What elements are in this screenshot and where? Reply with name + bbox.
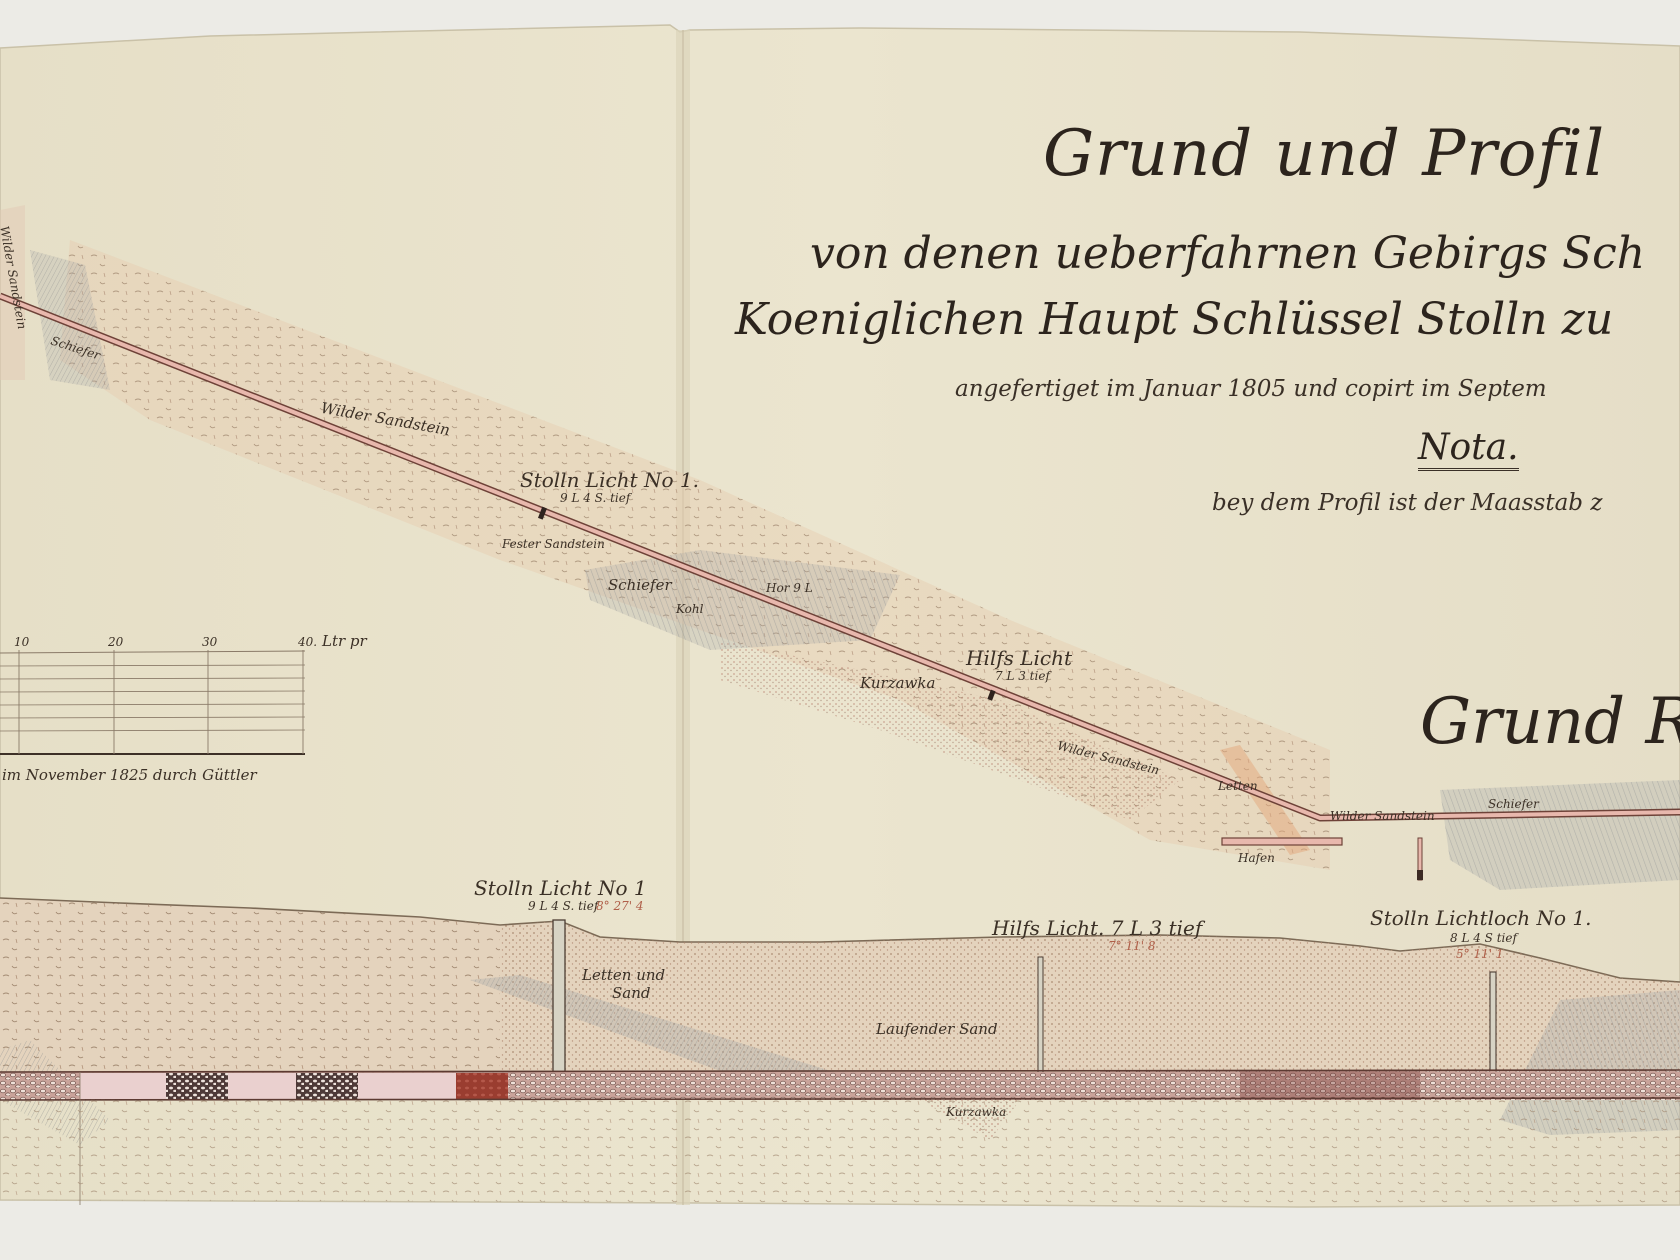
title-subline-1: von denen ueberfahrnen Gebirgs Sch: [810, 232, 1645, 276]
scale-tick-30: 30: [202, 636, 217, 648]
map-sheet: Grund und Profil von denen ueberfahrnen …: [0, 0, 1680, 1260]
profile-label-stolln-licht-1-angle: 8° 27' 4: [596, 900, 643, 912]
profile-label-lichtloch-angle: 5° 11' 1: [1456, 948, 1503, 960]
map-signature: im November 1825 durch Güttler: [2, 768, 257, 783]
profile-label-lichtloch-depth: 8 L 4 S tief: [1450, 932, 1517, 944]
profile-label-stolln-lichtloch: Stolln Lichtloch No 1.: [1370, 908, 1591, 928]
profile-label-sand: Sand: [612, 986, 650, 1001]
scale-tick-10: 10: [14, 636, 29, 648]
plan-label-hor: Hor 9 L: [766, 582, 813, 594]
plan-label-hilfs-licht-depth: 7 L 3 tief: [995, 670, 1050, 682]
profile-label-hilfs-licht-angle: 7° 11' 8: [1108, 940, 1155, 952]
plan-label-stolln-licht-1-depth: 9 L 4 S. tief: [560, 492, 630, 504]
grund-heading: Grund R: [1420, 690, 1680, 754]
plan-label-stolln-licht-1: Stolln Licht No 1.: [520, 470, 699, 490]
nota-text: bey dem Profil ist der Maasstab z: [1212, 492, 1602, 515]
scale-tick-20: 20: [108, 636, 123, 648]
plan-label-kurzawka: Kurzawka: [860, 676, 935, 691]
plan-label-wilder-sandstein-3: Wilder Sandstein: [1330, 810, 1435, 822]
plan-label-letten: Letten: [1218, 780, 1258, 792]
plan-label-fester-sandstein: Fester Sandstein: [502, 538, 605, 550]
profile-label-stolln-licht-1: Stolln Licht No 1: [474, 878, 647, 898]
title-subline-2: Koeniglichen Haupt Schlüssel Stolln zu: [735, 298, 1613, 342]
plan-label-schiefer-right: Schiefer: [1488, 798, 1539, 810]
plan-label-kohl: Kohl: [676, 603, 703, 615]
profile-label-hilfs-licht: Hilfs Licht. 7 L 3 tief: [992, 918, 1202, 938]
profile-label-kurzawka: Kurzawka: [946, 1106, 1006, 1118]
title-date-line: angefertiget im Januar 1805 und copirt i…: [955, 378, 1547, 401]
scale-unit: Ltr pr: [322, 634, 367, 649]
title-heading: Grund und Profil: [1043, 122, 1605, 186]
plan-label-schiefer-mid: Schiefer: [608, 578, 672, 593]
profile-label-stolln-licht-1-depth: 9 L 4 S. tief: [528, 900, 598, 912]
profile-label-laufender-sand: Laufender Sand: [876, 1022, 998, 1037]
scale-tick-40: 40.: [298, 636, 317, 648]
profile-label-letten-und: Letten und: [582, 968, 665, 983]
plan-label-hafen: Hafen: [1238, 852, 1275, 864]
plan-label-hilfs-licht: Hilfs Licht: [966, 648, 1072, 668]
nota-heading: Nota.: [1418, 430, 1519, 471]
